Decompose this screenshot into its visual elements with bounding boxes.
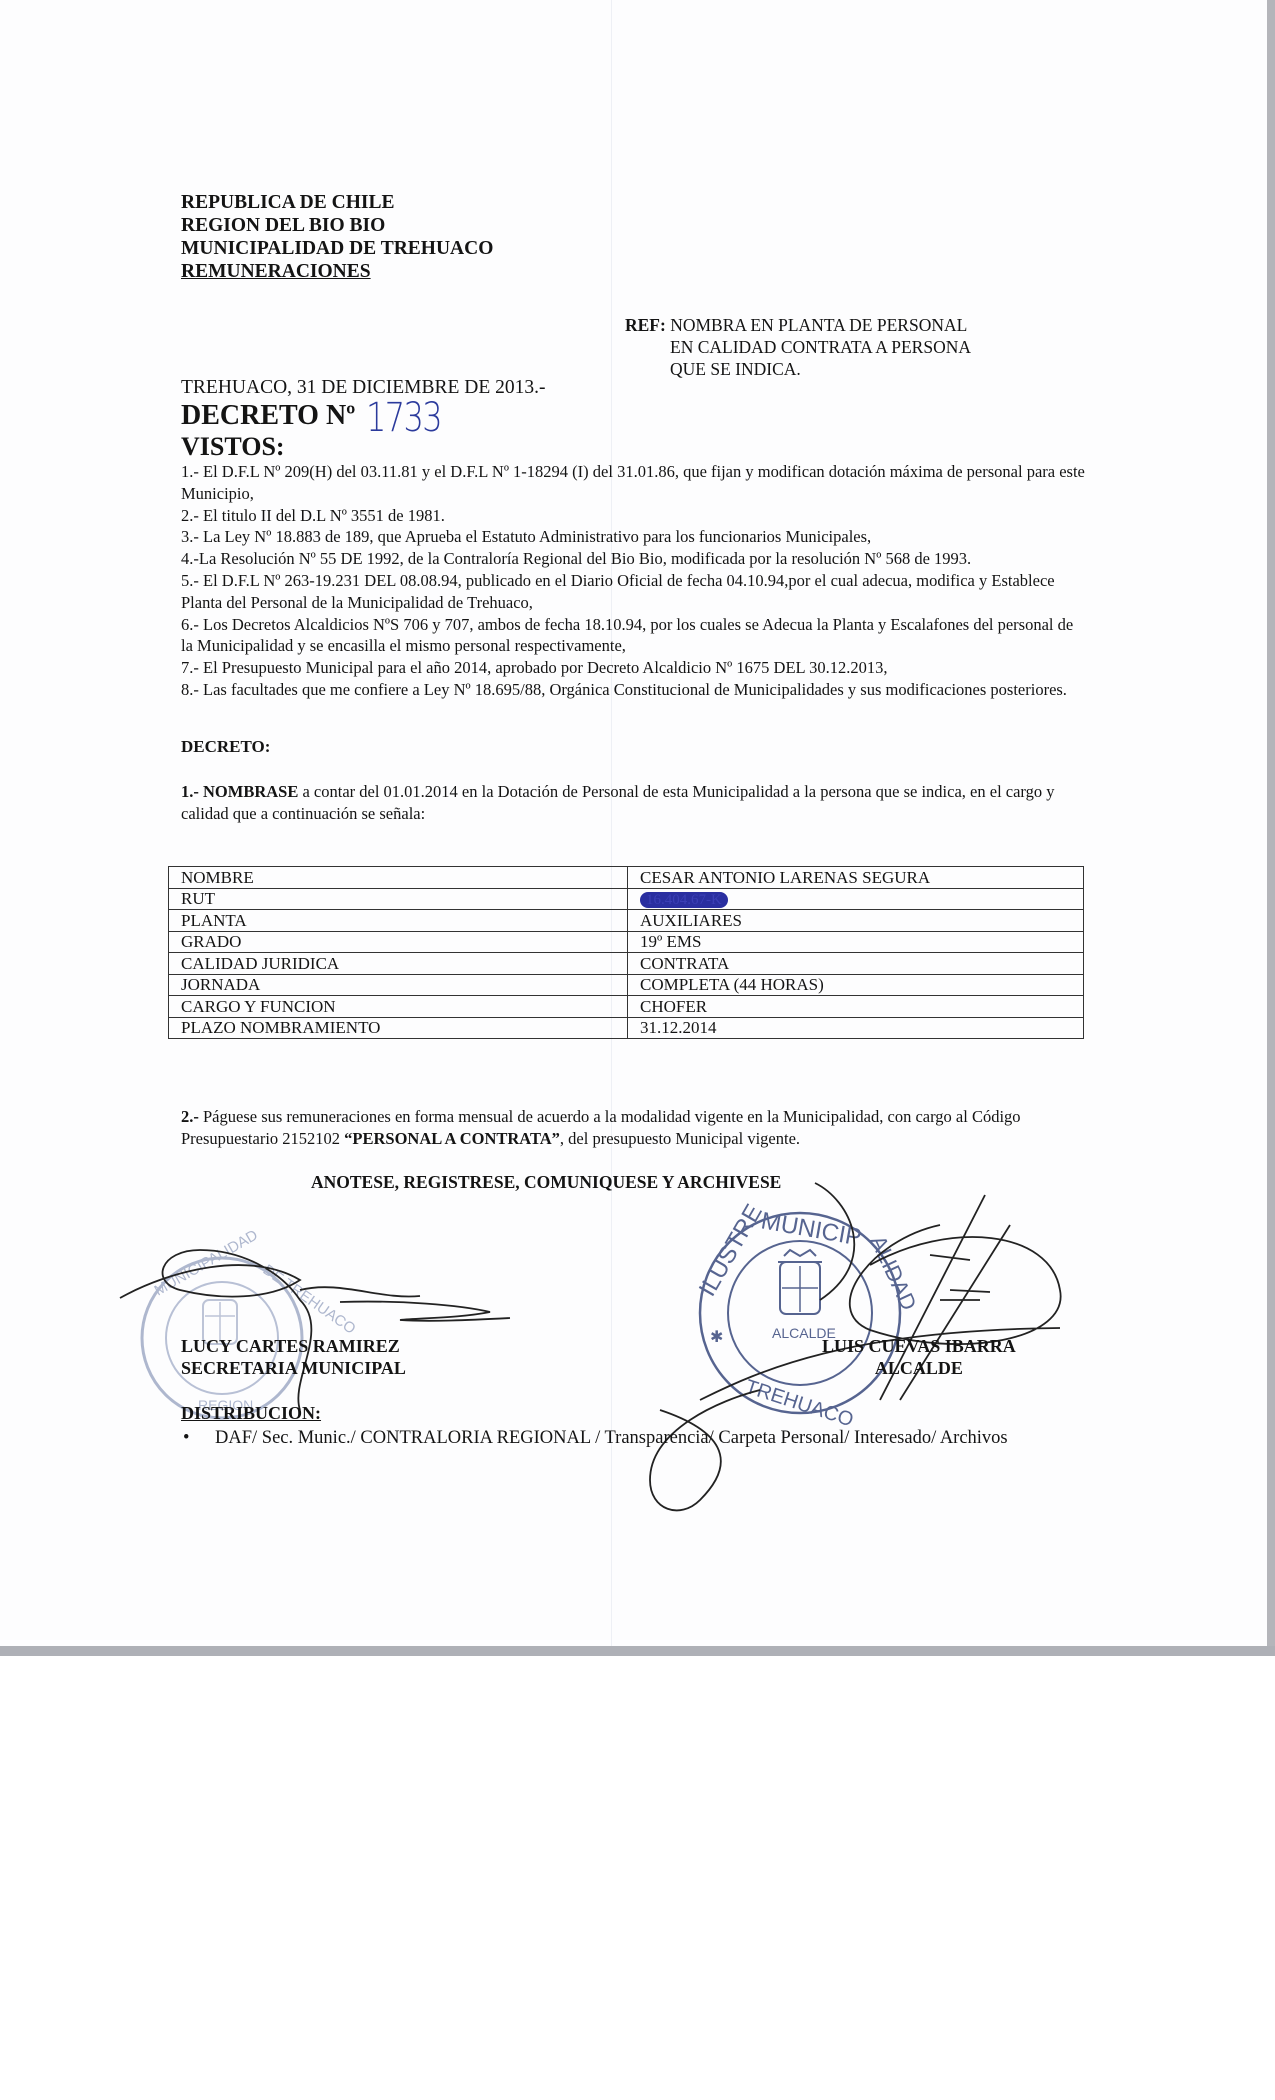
reference-line-2: EN CALIDAD CONTRATA A PERSONA — [625, 336, 971, 358]
table-key: CARGO Y FUNCION — [169, 996, 628, 1018]
reference-line-3: QUE SE INDICA. — [625, 358, 971, 380]
scan-border-right — [1267, 0, 1275, 1655]
visto-item-5: 5.- El D.F.L Nº 263-19.231 DEL 08.08.94,… — [181, 570, 1086, 614]
letterhead-municipality: MUNICIPALIDAD DE TREHUACO — [181, 237, 493, 260]
table-row: CARGO Y FUNCIONCHOFER — [169, 996, 1084, 1018]
table-key: RUT — [169, 888, 628, 910]
table-row: NOMBRECESAR ANTONIO LARENAS SEGURA — [169, 867, 1084, 889]
table-value: CONTRATA — [628, 953, 1084, 975]
article-1: 1.- NOMBRASE a contar del 01.01.2014 en … — [181, 781, 1086, 824]
visto-item-3: 3.- La Ley Nº 18.883 de 189, que Aprueba… — [181, 526, 1086, 548]
decree-title: DECRETO Nº — [181, 400, 355, 432]
visto-item-1: 1.- El D.F.L Nº 209(H) del 03.11.81 y el… — [181, 461, 1086, 505]
table-key: CALIDAD JURIDICA — [169, 953, 628, 975]
article-2-prefix: 2.- — [181, 1107, 199, 1126]
table-row: RUT16.404.67-K — [169, 888, 1084, 910]
article-1-prefix: 1.- NOMBRASE — [181, 782, 298, 801]
distribution-list-item: • DAF/ Sec. Munic./ CONTRALORIA REGIONAL… — [181, 1427, 1061, 1449]
table-value: CHOFER — [628, 996, 1084, 1018]
reference-line-1: NOMBRA EN PLANTA DE PERSONAL — [670, 315, 967, 335]
decreto-heading: DECRETO: — [181, 737, 270, 757]
redacted-rut: 16.404.67-K — [640, 892, 728, 908]
vistos-heading: VISTOS: — [181, 432, 285, 462]
article-2: 2.- Páguese sus remuneraciones en forma … — [181, 1106, 1086, 1150]
article-1-text: a contar del 01.01.2014 en la Dotación d… — [181, 782, 1055, 823]
letterhead: REPUBLICA DE CHILE REGION DEL BIO BIO MU… — [181, 191, 493, 283]
visto-item-4: 4.-La Resolución Nº 55 DE 1992, de la Co… — [181, 548, 1086, 570]
letterhead-department: REMUNERACIONES — [181, 260, 493, 283]
table-key: NOMBRE — [169, 867, 628, 889]
table-row: GRADO19º EMS — [169, 931, 1084, 953]
closing-formula: ANOTESE, REGISTRESE, COMUNIQUESE Y ARCHI… — [311, 1172, 781, 1193]
article-2-text-b: , del presupuesto Municipal vigente. — [560, 1129, 800, 1148]
table-key: PLANTA — [169, 910, 628, 932]
visto-item-8: 8.- Las facultades que me confiere a Ley… — [181, 679, 1086, 701]
appointment-table: NOMBRECESAR ANTONIO LARENAS SEGURA RUT16… — [168, 866, 1084, 1039]
scan-border-bottom — [0, 1646, 1275, 1656]
reference-label: REF: — [625, 315, 666, 335]
visto-item-6: 6.- Los Decretos Alcaldicios NºS 706 y 7… — [181, 614, 1086, 658]
table-row: PLANTAAUXILIARES — [169, 910, 1084, 932]
table-value: 19º EMS — [628, 931, 1084, 953]
mayor-title: ALCALDE — [822, 1357, 1016, 1379]
distribution-heading: DISTRIBUCION: — [181, 1403, 321, 1424]
table-value: COMPLETA (44 HORAS) — [628, 974, 1084, 996]
mayor-name: LUIS CUEVAS IBARRA — [822, 1335, 1016, 1357]
letterhead-country: REPUBLICA DE CHILE — [181, 191, 493, 214]
secretary-title: SECRETARIA MUNICIPAL — [181, 1357, 406, 1379]
table-row: JORNADACOMPLETA (44 HORAS) — [169, 974, 1084, 996]
table-key: JORNADA — [169, 974, 628, 996]
vistos-list: 1.- El D.F.L Nº 209(H) del 03.11.81 y el… — [181, 461, 1086, 701]
table-value: AUXILIARES — [628, 910, 1084, 932]
reference-block: REF: NOMBRA EN PLANTA DE PERSONAL EN CAL… — [625, 314, 971, 380]
decree-number-handwritten: 1733 — [366, 395, 441, 441]
table-key: PLAZO NOMBRAMIENTO — [169, 1017, 628, 1039]
table-value: CESAR ANTONIO LARENAS SEGURA — [628, 867, 1084, 889]
table-row: PLAZO NOMBRAMIENTO31.12.2014 — [169, 1017, 1084, 1039]
signature-block-mayor: LUIS CUEVAS IBARRA ALCALDE — [822, 1335, 1016, 1379]
table-value: 16.404.67-K — [628, 888, 1084, 910]
visto-item-2: 2.- El titulo II del D.L Nº 3551 de 1981… — [181, 505, 1086, 527]
distribution-recipients: DAF/ Sec. Munic./ CONTRALORIA REGIONAL /… — [181, 1427, 1061, 1449]
table-key: GRADO — [169, 931, 628, 953]
bullet-icon: • — [183, 1427, 189, 1449]
place-and-date: TREHUACO, 31 DE DICIEMBRE DE 2013.- — [181, 377, 546, 399]
visto-item-7: 7.- El Presupuesto Municipal para el año… — [181, 657, 1086, 679]
article-2-budget-item: “PERSONAL A CONTRATA” — [344, 1129, 560, 1148]
signature-block-secretary: LUCY CARTES RAMIREZ SECRETARIA MUNICIPAL — [181, 1335, 406, 1379]
table-value: 31.12.2014 — [628, 1017, 1084, 1039]
table-row: CALIDAD JURIDICACONTRATA — [169, 953, 1084, 975]
letterhead-region: REGION DEL BIO BIO — [181, 214, 493, 237]
secretary-name: LUCY CARTES RAMIREZ — [181, 1335, 406, 1357]
